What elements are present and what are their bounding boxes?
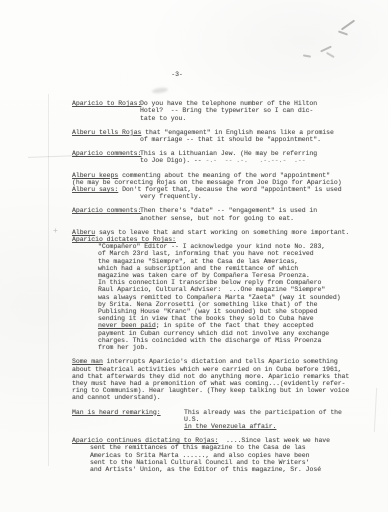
page-number: -3- — [52, 71, 302, 78]
block-text: Some man interrupts Aparicio's dictation… — [72, 358, 360, 401]
underlined-text: Alberu — [72, 229, 95, 236]
paragraph-aparicio-continues: Aparicio continues dictating to Rojas: .… — [72, 437, 360, 473]
underlined-text: Alberu says: — [72, 186, 118, 193]
underlined-text: Alberu tells Rojas — [72, 129, 141, 136]
paragraph-theatrical: Some man interrupts Aparicio's dictation… — [72, 358, 360, 401]
block-text: This is a Lithuanian Jew. (He may be ref… — [140, 150, 360, 164]
pencil-mark-icon — [338, 30, 348, 35]
text-line: and that afterwards they did not do anyt… — [72, 373, 360, 380]
text-line: another sense, but not for going to eat. — [140, 215, 360, 222]
text-line: Some man interrupts Aparicio's dictation… — [72, 358, 360, 365]
text-line: which had a subscription and the remitta… — [98, 265, 360, 272]
text-line: and Artists' Union, as the Editor of thi… — [90, 466, 360, 473]
text-line: of marriage -- that it should be "appoin… — [140, 136, 360, 143]
underlined-text: Aparicio dictates to Rojas: — [72, 236, 176, 243]
paragraph-alberu-appointment: Alberu keeps commenting about the meanin… — [72, 172, 360, 201]
underlined-text: never been paid — [98, 322, 156, 329]
text-line: payment in Cuban currency which did not … — [98, 330, 360, 337]
dialog-aparicio-date: Aparicio comments:Then there's "date" --… — [72, 207, 360, 221]
scanned-document-page: + -3- Aparicio to Rojas:Do you have the … — [0, 0, 388, 512]
block-text: This already was the participation of th… — [184, 409, 360, 431]
text-line: from her job. — [98, 344, 360, 351]
speaker-label: Man is heard remarking: — [72, 409, 184, 416]
text-line: Alberu says: Don't forget that, because … — [72, 186, 360, 193]
block-text: Alberu keeps commenting about the meanin… — [72, 172, 360, 201]
dialog-man-remarking: Man is heard remarking:This already was … — [72, 409, 360, 431]
block-text: Aparicio continues dictating to Rojas: .… — [72, 437, 360, 473]
text-line: Alberu says to leave that and start work… — [72, 229, 360, 236]
text-line: sent to the National Cultural Council an… — [90, 459, 360, 466]
block-text: Then there's "date" -- "engagement" is u… — [140, 207, 360, 221]
text-line: never been paid; in spite of the fact th… — [98, 322, 360, 329]
text-line: (he may be correcting Rojas on the messa… — [72, 179, 360, 186]
dialog-aparicio-lithuanian: Aparicio comments:This is a Lithuanian J… — [72, 150, 360, 164]
text-line: tate to you. — [140, 115, 360, 122]
fold-line — [48, 94, 49, 466]
registration-mark: + — [53, 228, 60, 235]
typewritten-content: -3- Aparicio to Rojas:Do you have the te… — [72, 71, 360, 473]
text-line: sent the remittances of this magazine to… — [90, 444, 360, 451]
underlined-text: in the Venezuela affair. — [184, 423, 276, 430]
paragraph-alberu-engagement: Alberu tells Rojas that "engagement" in … — [72, 129, 360, 143]
text-line: Then there's "date" -- "engagement" is u… — [140, 207, 360, 214]
underlined-text: Some man — [72, 358, 103, 365]
fold-cross-mark — [28, 155, 78, 158]
text-line: of March 23rd last, informing that you h… — [98, 250, 360, 257]
text-line: Hotel? -- Bring the typewriter so I can … — [140, 107, 360, 114]
text-line: in the Venezuela affair. — [184, 423, 360, 430]
pencil-mark-icon — [326, 52, 335, 58]
text-line: charges. This coincided with the dischar… — [98, 337, 360, 344]
text-line: about theatrical activities which were c… — [72, 366, 360, 373]
speaker-label: Aparicio comments: — [72, 150, 140, 157]
text-line: was always remitted to Compañera Marta "… — [98, 294, 360, 301]
text-line: Alberu keeps commenting about the meanin… — [72, 172, 360, 179]
erased-text: -.- -- .-. .-.--.- .-- — [205, 157, 305, 164]
block-text: Alberu tells Rojas that "engagement" in … — [72, 129, 360, 143]
paragraph-dictation-siempre: Alberu says to leave that and start work… — [72, 229, 360, 351]
text-line: Americas to Srita Marta ......, and also… — [90, 452, 360, 459]
speaker-label: Aparicio comments: — [72, 207, 140, 214]
dialog-aparicio-hilton: Aparicio to Rojas:Do you have the teleph… — [72, 100, 360, 122]
pencil-mark-icon — [341, 20, 355, 31]
text-line: to Joe Digo). -- -.- -- .-. .-.--.- .-- — [140, 157, 360, 164]
text-line: Raul Aparicio, Cultural Adviser: ...One … — [98, 286, 360, 293]
document-blocks: Aparicio to Rojas:Do you have the teleph… — [72, 100, 360, 473]
underlined-text: Alberu keeps — [72, 172, 118, 179]
text-line: This already was the participation of th… — [184, 409, 360, 423]
pencil-mark-icon — [303, 54, 311, 57]
scan-edge-line — [374, 388, 377, 432]
block-text: Alberu says to leave that and start work… — [72, 229, 360, 351]
text-line: by Srita. Nena Zorrosetti (or something … — [98, 301, 360, 308]
block-text: Do you have the telephone number of the … — [140, 100, 360, 122]
text-line: the magazine "Siempre", at the Casa de l… — [98, 258, 360, 265]
speaker-label: Aparicio to Rojas: — [72, 100, 140, 107]
text-line: very frequently. — [140, 193, 360, 200]
text-line: Alberu tells Rojas that "engagement" in … — [72, 129, 360, 136]
text-line: and cannot understand). — [72, 394, 360, 401]
